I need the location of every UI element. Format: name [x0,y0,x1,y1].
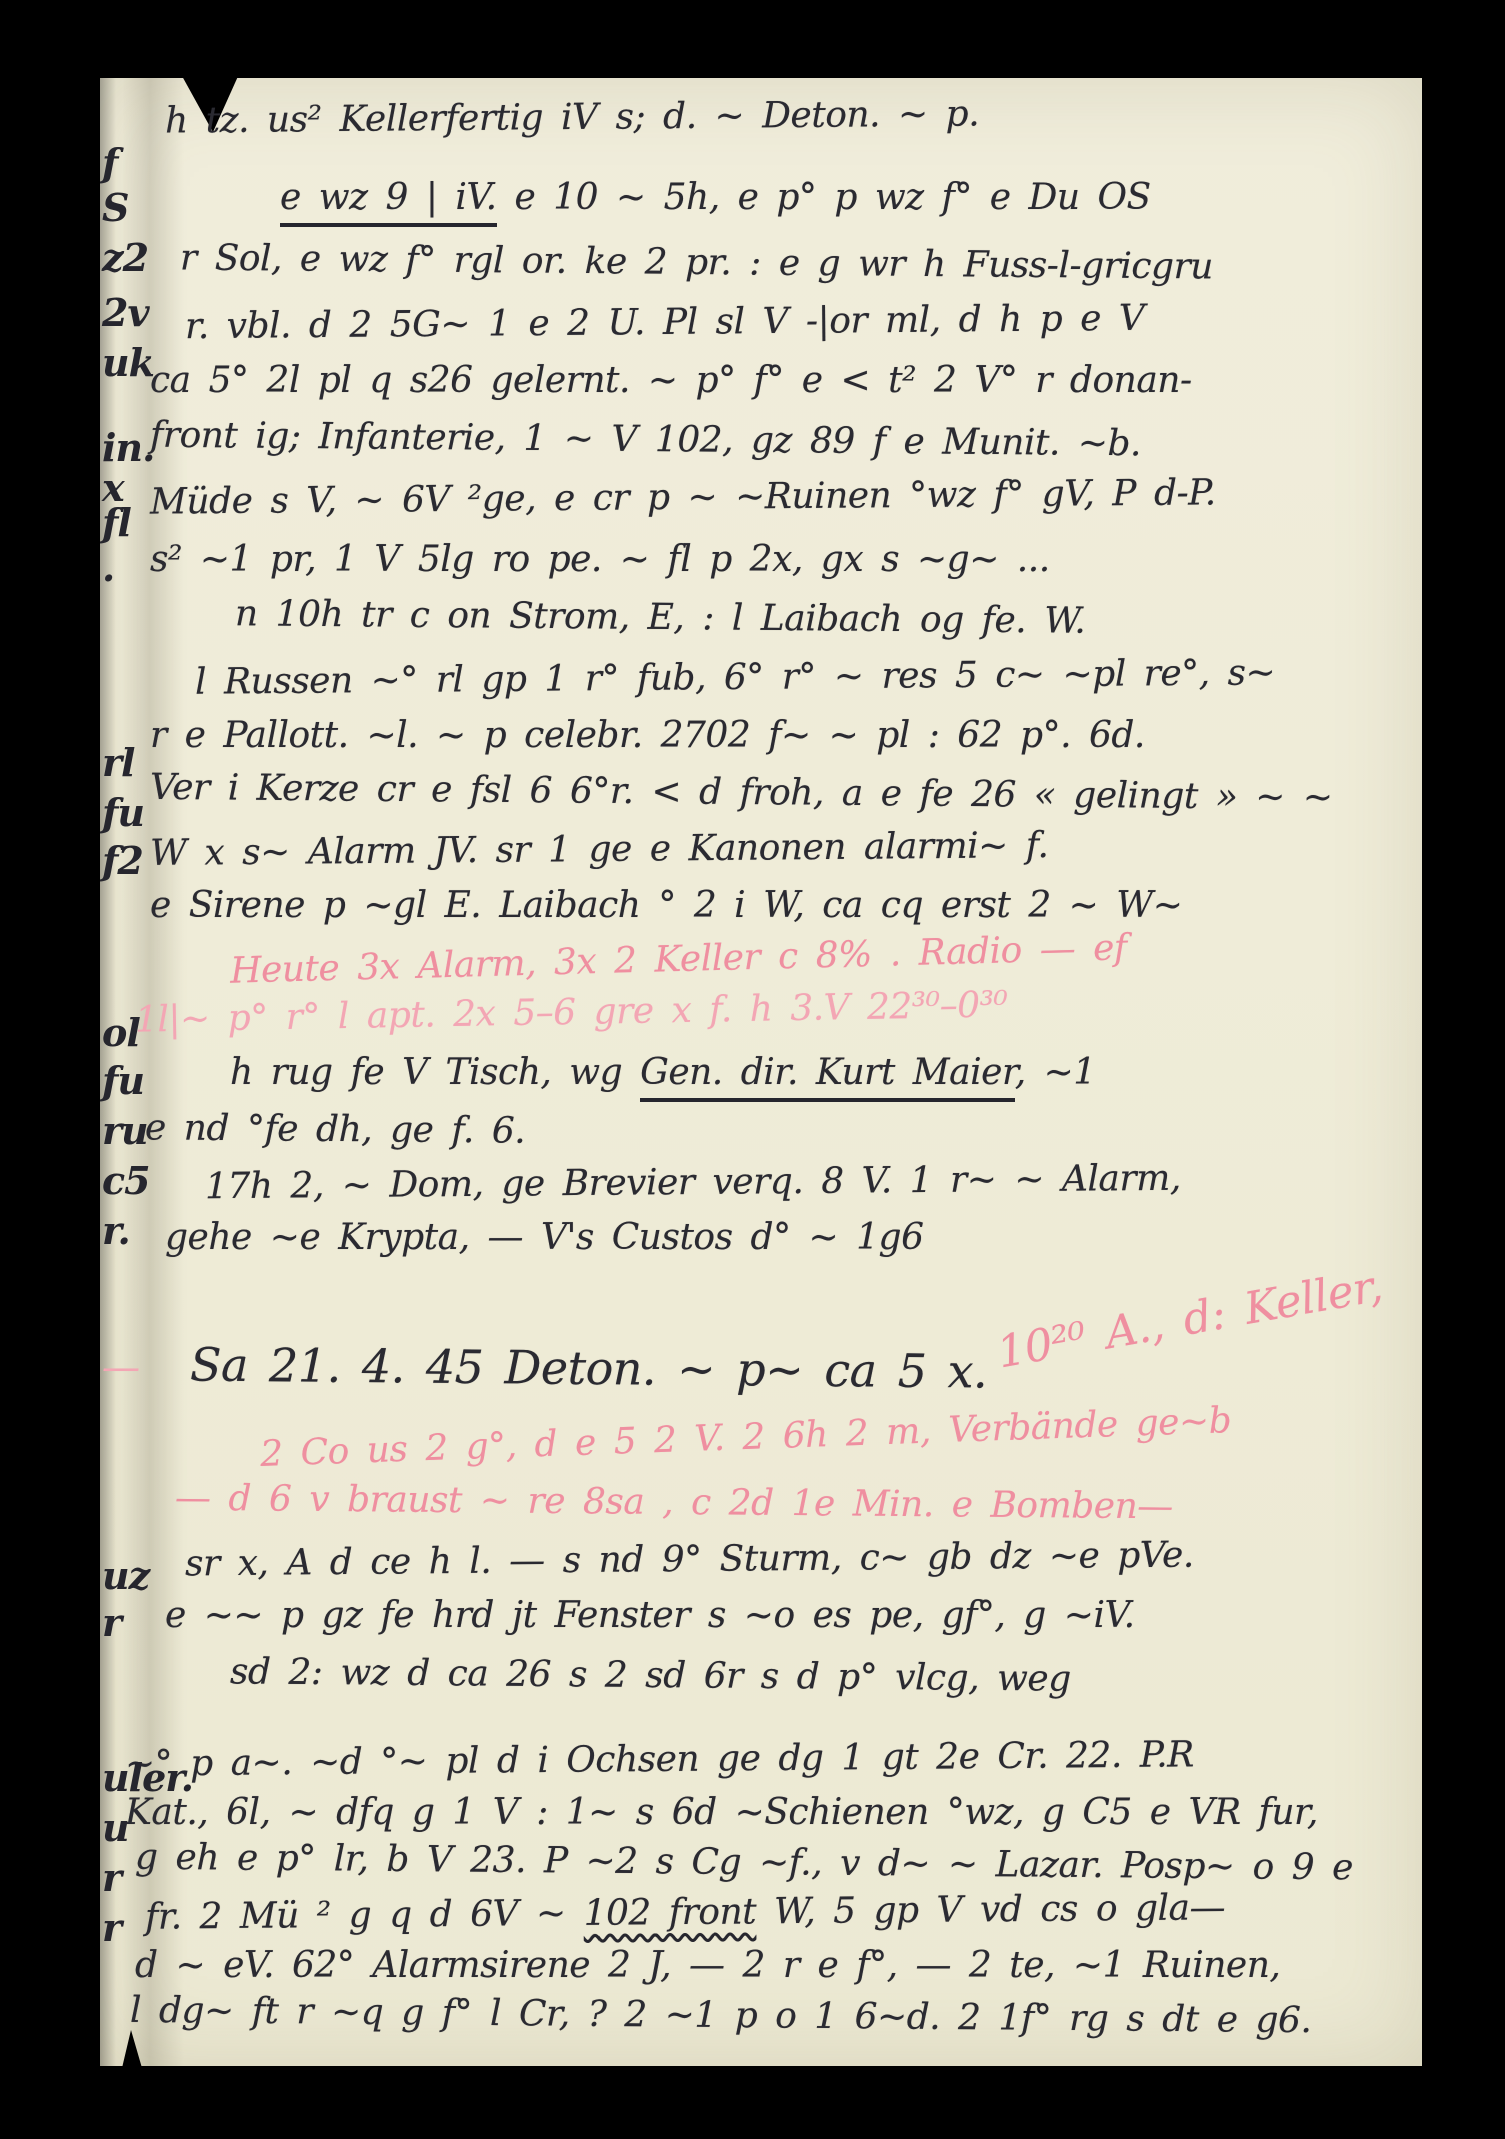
handwriting-segment: Gen. dir. Kurt Maier [640,1052,1015,1102]
handwriting-segment: d ~ eV. 62° Alarmsirene 2 J, — 2 r e f°,… [135,1945,1280,1986]
facing-page-fragment: r [102,1855,121,1900]
handwriting-segment: h tz. us² Kellerfertig iV s; d. ~ Deton.… [165,93,979,141]
handwriting-segment: , c 2d 1e Min. e Bomben— [644,1482,1173,1528]
handwriting-line: r Sol, e wz f° rgl or. ke 2 pr. : e g wr… [180,238,1213,287]
facing-page-fragment: uz [102,1553,149,1598]
handwriting-line: Müde s V, ~ 6V ²ge, e cr p ~ ~Ruinen °wz… [150,473,1216,522]
handwriting-line: gehe ~e Krypta, — V's Custos d° ~ 1g6 [165,1218,923,1258]
handwriting-line: 2 Co us 2 g°, d e 5 2 V. 2 6h 2 m, Verbä… [260,1401,1232,1474]
handwriting-segment: 17h 2, ~ Dom, ge Brevier verq. 8 V. 1 r~… [205,1158,1181,1208]
facing-page-fragment: r. [102,1208,130,1253]
facing-page-fragment: rl [102,740,134,785]
facing-page-fragment: — [102,1345,139,1389]
handwriting-line: e Sirene p ~gl E. Laibach ° 2 i W, ca cq… [150,886,1182,926]
handwriting-line: ca 5° 2l pl q s26 gelernt. ~ p° f° e < t… [150,361,1192,401]
handwriting-segment: e wz 9 | iV. [280,177,497,227]
handwriting-line: e ~~ p gz fe hrd jt Fenster s ~o es pe, … [165,1596,1135,1636]
handwriting-segment: W x s~ Alarm JV. sr 1 ge e Kanonen alarm… [150,825,1049,874]
handwriting-segment: Müde s V, ~ 6V ²ge, e cr p ~ ~Ruinen °wz… [150,472,1216,522]
handwriting-line: fr. 2 Mü ² g q d 6V ~ 102 front W, 5 gp … [145,1888,1225,1937]
facing-page-fragment: uk [102,340,154,385]
handwriting-line: front ig; Infanterie, 1 ~ V 102, gz 89 f… [150,416,1141,464]
handwriting-line: W x s~ Alarm JV. sr 1 ge e Kanonen alarm… [150,826,1049,873]
facing-page-fragment: fu [102,1058,144,1103]
handwriting-segment: 2 Co us 2 g°, d e 5 2 V. 2 6h 2 m, Verbä… [260,1400,1232,1475]
handwriting-line: Kat., 6l, ~ dfq g 1 V : 1~ s 6d ~Schiene… [125,1793,1318,1833]
handwriting-line: r. vbl. d 2 5G~ 1 e 2 U. Pl sl V -|or ml… [185,299,1145,347]
facing-page-fragment: uler. [102,1755,193,1800]
handwriting-line: Heute 3x Alarm, 3x 2 Keller c 8% . Radio… [230,928,1128,991]
handwriting-line: s² ~1 pr, 1 V 5lg ro pe. ~ fl p 2x, gx s… [150,540,1050,580]
handwriting-line: l Russen ~° rl gp 1 r° fub, 6° r° ~ res … [195,653,1276,702]
handwriting-segment: e ~~ p gz fe hrd jt Fenster s ~o es pe, … [165,1595,1135,1636]
facing-page-fragment: ru [102,1108,148,1153]
handwriting-segment: l Russen ~° rl gp 1 r° fub, 6° r° ~ res … [195,652,1276,702]
facing-page-fragment: r [102,1905,121,1950]
handwriting-line: 17h 2, ~ Dom, ge Brevier verq. 8 V. 1 r~… [205,1159,1181,1207]
handwriting-segment: , ~1 [1015,1052,1096,1093]
handwriting-segment: ~° p a~. ~d °~ pl d i Ochsen ge dg 1 gt … [125,1734,1194,1784]
handwriting-segment: g eh e p° lr, b V 23. P ~2 s Cg ~f., v d… [135,1837,1353,1889]
handwriting-segment: 102 front [583,1891,756,1934]
handwriting-segment: n 10h tr c on Strom, E, : l Laibach og f… [235,593,1086,641]
facing-page-fragment: c5 [102,1158,150,1203]
handwriting-segment: front ig; Infanterie, 1 ~ V 102, gz 89 f… [150,415,1141,465]
handwriting-line: sr x, A d ce h l. — s nd 9° Sturm, c~ gb… [185,1536,1194,1584]
facing-page-fragment: 2v [102,290,149,335]
handwriting-segment: fr. 2 Mü ² g q d 6V ~ [145,1893,584,1938]
scanned-diary-screenshot: h tz. us² Kellerfertig iV s; d. ~ Deton.… [0,0,1505,2139]
handwriting-segment: Heute 3x Alarm, 3x 2 Keller c 8% . Radio… [230,927,1128,991]
handwriting-line: n 10h tr c on Strom, E, : l Laibach og f… [235,594,1086,641]
handwriting-segment: e nd °fe dh, ge f. 6. [145,1107,526,1151]
handwriting-segment: W, 5 gp V vd cs o gla— [756,1887,1225,1932]
facing-page-fragment: S [102,185,128,230]
handwriting-segment: r. vbl. d 2 5G~ 1 e 2 U. Pl sl V -|or ml… [185,298,1145,347]
handwriting-segment: Kat., 6l, ~ dfq g 1 V : 1~ s 6d ~Schiene… [125,1792,1318,1833]
diary-page: h tz. us² Kellerfertig iV s; d. ~ Deton.… [100,78,1422,2066]
handwriting-line: h rug fe V Tisch, wg Gen. dir. Kurt Maie… [230,1053,1096,1093]
handwriting-segment: e 10 ~ 5h, e p° p wz f° e Du OS [497,177,1151,218]
handwriting-line: — d 6 v braust ~ re 8sa , c 2d 1e Min. e… [175,1479,1173,1527]
handwriting-segment: 10²⁰ A., d: Keller, [993,1261,1386,1379]
handwriting-segment: s² ~1 pr, 1 V 5lg ro pe. ~ fl p 2x, gx s… [150,539,1050,580]
handwriting-line: Ver i Kerze cr e fsl 6 6°r. < d froh, a … [150,768,1333,818]
handwriting-line: r e Pallott. ~l. ~ p celebr. 2702 f~ ~ p… [150,716,1145,756]
handwriting-segment: e Sirene p ~gl E. Laibach ° 2 i W, ca cq… [150,885,1182,926]
facing-page-fragment: fu [102,790,144,835]
facing-page-fragment: in. [102,425,154,470]
facing-page-fragment: z2 [102,235,148,280]
handwriting-segment: gehe ~e Krypta, — V's Custos d° ~ 1g6 [165,1217,923,1258]
handwriting-segment: sr x, A d ce h l. — s nd 9° Sturm, c~ gb… [185,1535,1194,1585]
handwriting-line: Sa 21. 4. 45 Deton. ~ p~ ca 5 x. [190,1340,988,1398]
facing-page-fragment: fl [102,500,131,545]
handwriting-segment: ca 5° 2l pl q s26 gelernt. ~ p° f° e < t… [150,360,1192,401]
handwriting-segment: Ver i Kerze cr e fsl 6 6°r. < d froh, a … [150,767,1333,818]
handwriting-segment: 1l|~ p° r° l apt. 2x 5–6 gre x f. h 3.V … [135,984,1008,1040]
handwriting-line: h tz. us² Kellerfertig iV s; d. ~ Deton.… [165,94,979,141]
handwriting-segment: r Sol, e wz f° rgl or. ke 2 pr. : e g wr… [180,237,1213,287]
handwriting-segment: — d 6 v braust ~ re 8sa [175,1478,645,1523]
paper-tear-bottom [122,2030,142,2066]
handwriting-line: e wz 9 | iV. e 10 ~ 5h, e p° p wz f° e D… [280,178,1151,218]
handwriting-line: ~° p a~. ~d °~ pl d i Ochsen ge dg 1 gt … [125,1735,1194,1784]
facing-page-fragment: ol [102,1010,140,1055]
facing-page-fragment: . [102,545,114,590]
facing-page-fragment: f [102,140,117,185]
handwriting-segment: sd 2: wz d ca 26 s 2 sd 6r s d p° vlcg, … [230,1651,1071,1699]
facing-page-fragment: r [102,1600,121,1645]
handwriting-line: l dg~ ft r ~q g f° l Cr, ? 2 ~1 p o 1 6~… [130,1991,1312,2041]
handwriting-line: d ~ eV. 62° Alarmsirene 2 J, — 2 r e f°,… [135,1946,1280,1986]
handwriting-segment: Sa 21. 4. 45 Deton. ~ p~ ca 5 x. [190,1338,988,1399]
handwriting-line: 1l|~ p° r° l apt. 2x 5–6 gre x f. h 3.V … [135,985,1008,1040]
handwriting-line: e nd °fe dh, ge f. 6. [145,1108,526,1151]
handwriting-segment: r e Pallott. ~l. ~ p celebr. 2702 f~ ~ p… [150,715,1145,756]
handwriting-line: g eh e p° lr, b V 23. P ~2 s Cg ~f., v d… [135,1838,1353,1888]
facing-page-fragment: f2 [102,838,143,883]
handwriting-line: 10²⁰ A., d: Keller, [994,1263,1386,1378]
handwriting-segment: h rug fe V Tisch, wg [230,1052,640,1093]
facing-page-fragment: u [102,1805,129,1850]
handwriting-segment: l dg~ ft r ~q g f° l Cr, ? 2 ~1 p o 1 6~… [130,1990,1312,2041]
handwriting-line: sd 2: wz d ca 26 s 2 sd 6r s d p° vlcg, … [230,1652,1071,1699]
